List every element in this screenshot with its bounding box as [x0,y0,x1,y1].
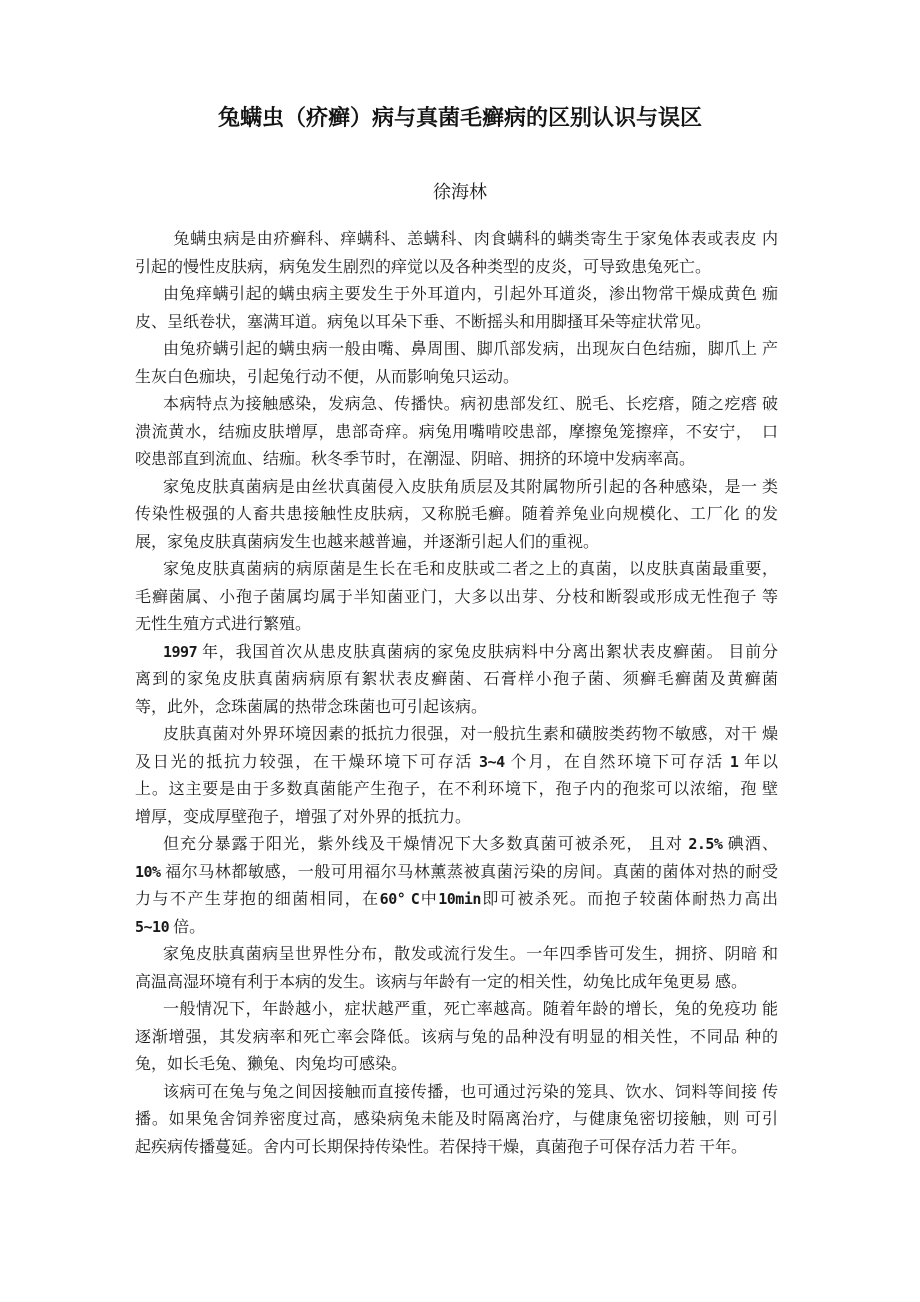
numeric-text: 2.5% [688,835,722,853]
numeric-text: 5~10 [135,918,169,936]
numeric-text: 10min [438,890,481,908]
text-line: 本病特点为接触感染，发病急、传播快。病初患部发红、脱毛、长疙瘩，随之疙瘩 破 [135,391,778,419]
text-line: 毛癣菌属、小孢子菌属均属于半知菌亚门，大多以出芽、分枝和断裂或形成无性孢子 等 [135,584,778,612]
text-line: 引起的慢性皮肤病，病兔发生剧烈的痒觉以及各种类型的皮炎，可导致患兔死亡。 [135,254,778,282]
paragraph: 但充分暴露于阳光，紫外线及干燥情况下大多数真菌可被杀死， 且对 2.5% 碘酒、… [135,831,778,941]
text-line: 皮、呈纸卷状，塞满耳道。病兔以耳朵下垂、不断摇头和用脚搔耳朵等症状常见。 [135,309,778,337]
paragraph: 本病特点为接触感染，发病急、传播快。病初患部发红、脱毛、长疙瘩，随之疙瘩 破溃流… [135,391,778,474]
paragraph: 1997 年，我国首次从患皮肤真菌病的家兔皮肤病料中分离出絮状表皮癣菌。 目前分… [135,639,778,722]
text-line: 家兔皮肤真菌病的病原菌是生长在毛和皮肤或二者之上的真菌，以皮肤真菌最重要， [135,556,778,584]
paragraph: 家兔皮肤真菌病的病原菌是生长在毛和皮肤或二者之上的真菌，以皮肤真菌最重要，毛癣菌… [135,556,778,639]
text-line: 皮肤真菌对外界环境因素的抵抗力很强，对一般抗生素和磺胺类药物不敏感，对干 燥 [135,721,778,749]
paragraph: 家兔皮肤真菌病是由丝状真菌侵入皮肤角质层及其附属物所引起的各种感染，是一 类传染… [135,474,778,557]
text-line: 兔螨虫病是由疥癣科、痒螨科、恙螨科、肉食螨科的螨类寄生于家兔体表或表皮 内 [135,226,778,254]
text-line: 10% 福尔马林都敏感，一般可用福尔马林薰蒸被真菌污染的房间。真菌的菌体对热的耐… [135,859,778,887]
numeric-text: 3~4 [479,753,505,771]
text-line: 力与不产生芽抱的细菌相同，在60° C中10min即可被杀死。而抱子较菌体耐热力… [135,886,778,914]
numeric-text: 1 [730,753,739,771]
numeric-text: 1997 [163,643,197,661]
text-line: 家兔皮肤真菌病是由丝状真菌侵入皮肤角质层及其附属物所引起的各种感染，是一 类 [135,474,778,502]
text-line: 传染性极强的人畜共患接触性皮肤病，又称脱毛癣。随着养兔业向规模化、工厂化 的发 [135,501,778,529]
numeric-text: 10% [135,863,161,881]
text-line: 及日光的抵抗力较强，在干燥环境下可存活 3~4 个月，在自然环境下可存活 1 年… [135,749,778,777]
numeric-text: 60° [380,890,406,908]
text-line: 增厚，变成厚壁孢子，增强了对外界的抵抗力。 [135,804,778,832]
paragraph: 皮肤真菌对外界环境因素的抵抗力很强，对一般抗生素和磺胺类药物不敏感，对干 燥及日… [135,721,778,831]
text-line: 该病可在兔与兔之间因接触而直接传播，也可通过污染的笼具、饮水、饲料等间接 传 [135,1079,778,1107]
text-line: 无性生殖方式进行繁殖。 [135,611,778,639]
text-line: 高温高湿环境有利于本病的发生。该病与年龄有一定的相关性，幼兔比成年兔更易 感。 [135,969,778,997]
paragraph: 兔螨虫病是由疥癣科、痒螨科、恙螨科、肉食螨科的螨类寄生于家兔体表或表皮 内引起的… [135,226,778,281]
paragraph: 家兔皮肤真菌病呈世界性分布，散发或流行发生。一年四季皆可发生，拥挤、阴暗 和高温… [135,941,778,996]
paragraph: 由兔疥螨引起的螨虫病一般由嘴、鼻周围、脚爪部发病，出现灰白色结痂，脚爪上 产生灰… [135,336,778,391]
text-line: 播。如果兔舍饲养密度过高，感染病兔未能及时隔离治疗，与健康兔密切接触，则 可引 [135,1106,778,1134]
text-line: 兔，如长毛兔、獭兔、肉兔均可感染。 [135,1051,778,1079]
text-line: 由兔痒螨引起的螨虫病主要发生于外耳道内，引起外耳道炎，渗出物常干燥成黄色 痂 [135,281,778,309]
text-line: 上。这主要是由于多数真菌能产生孢子，在不利环境下，孢子内的孢浆可以浓缩，孢 壁 [135,776,778,804]
document-title: 兔螨虫（疥癣）病与真菌毛癣病的区别认识与误区 [0,0,920,133]
text-line: 展，家兔皮肤真菌病发生也越来越普遍，并逐渐引起人们的重视。 [135,529,778,557]
text-line: 离到的家兔皮肤真菌病病原有絮状表皮癣菌、石膏样小孢子菌、须癣毛癣菌及黄癣菌 [135,666,778,694]
paragraph: 该病可在兔与兔之间因接触而直接传播，也可通过污染的笼具、饮水、饲料等间接 传播。… [135,1079,778,1162]
text-line: 家兔皮肤真菌病呈世界性分布，散发或流行发生。一年四季皆可发生，拥挤、阴暗 和 [135,941,778,969]
text-line: 溃流黄水，结痂皮肤增厚，患部奇痒。病兔用嘴啃咬患部，摩擦兔笼擦痒，不安宁， 口 [135,419,778,447]
text-line: 起疾病传播蔓延。舍内可长期保持传染性。若保持干燥，真菌孢子可保存活力若 干年。 [135,1134,778,1162]
document-page: 兔螨虫（疥癣）病与真菌毛癣病的区别认识与误区 徐海林 兔螨虫病是由疥癣科、痒螨科… [0,0,920,1302]
text-line: 5~10 倍。 [135,914,778,942]
author-name: 徐海林 [0,179,920,205]
text-line: 但充分暴露于阳光，紫外线及干燥情况下大多数真菌可被杀死， 且对 2.5% 碘酒、 [135,831,778,859]
text-line: 生灰白色痂块，引起兔行动不便，从而影响兔只运动。 [135,364,778,392]
paragraph: 一般情况下，年龄越小，症状越严重，死亡率越高。随着年龄的增长，兔的免疫功 能逐渐… [135,996,778,1079]
text-line: 1997 年，我国首次从患皮肤真菌病的家兔皮肤病料中分离出絮状表皮癣菌。 目前分 [135,639,778,667]
text-line: 逐渐增强，其发病率和死亡率会降低。该病与兔的品种没有明显的相关性，不同品 种的 [135,1024,778,1052]
paragraph: 由兔痒螨引起的螨虫病主要发生于外耳道内，引起外耳道炎，渗出物常干燥成黄色 痂皮、… [135,281,778,336]
text-line: 一般情况下，年龄越小，症状越严重，死亡率越高。随着年龄的增长，兔的免疫功 能 [135,996,778,1024]
text-line: 由兔疥螨引起的螨虫病一般由嘴、鼻周围、脚爪部发病，出现灰白色结痂，脚爪上 产 [135,336,778,364]
document-body: 兔螨虫病是由疥癣科、痒螨科、恙螨科、肉食螨科的螨类寄生于家兔体表或表皮 内引起的… [135,226,778,1161]
text-line: 等，此外，念珠菌属的热带念珠菌也可引起该病。 [135,694,778,722]
text-line: 咬患部直到流血、结痂。秋冬季节时，在潮湿、阴暗、拥挤的环境中发病率高。 [135,446,778,474]
numeric-text: C [411,890,420,908]
